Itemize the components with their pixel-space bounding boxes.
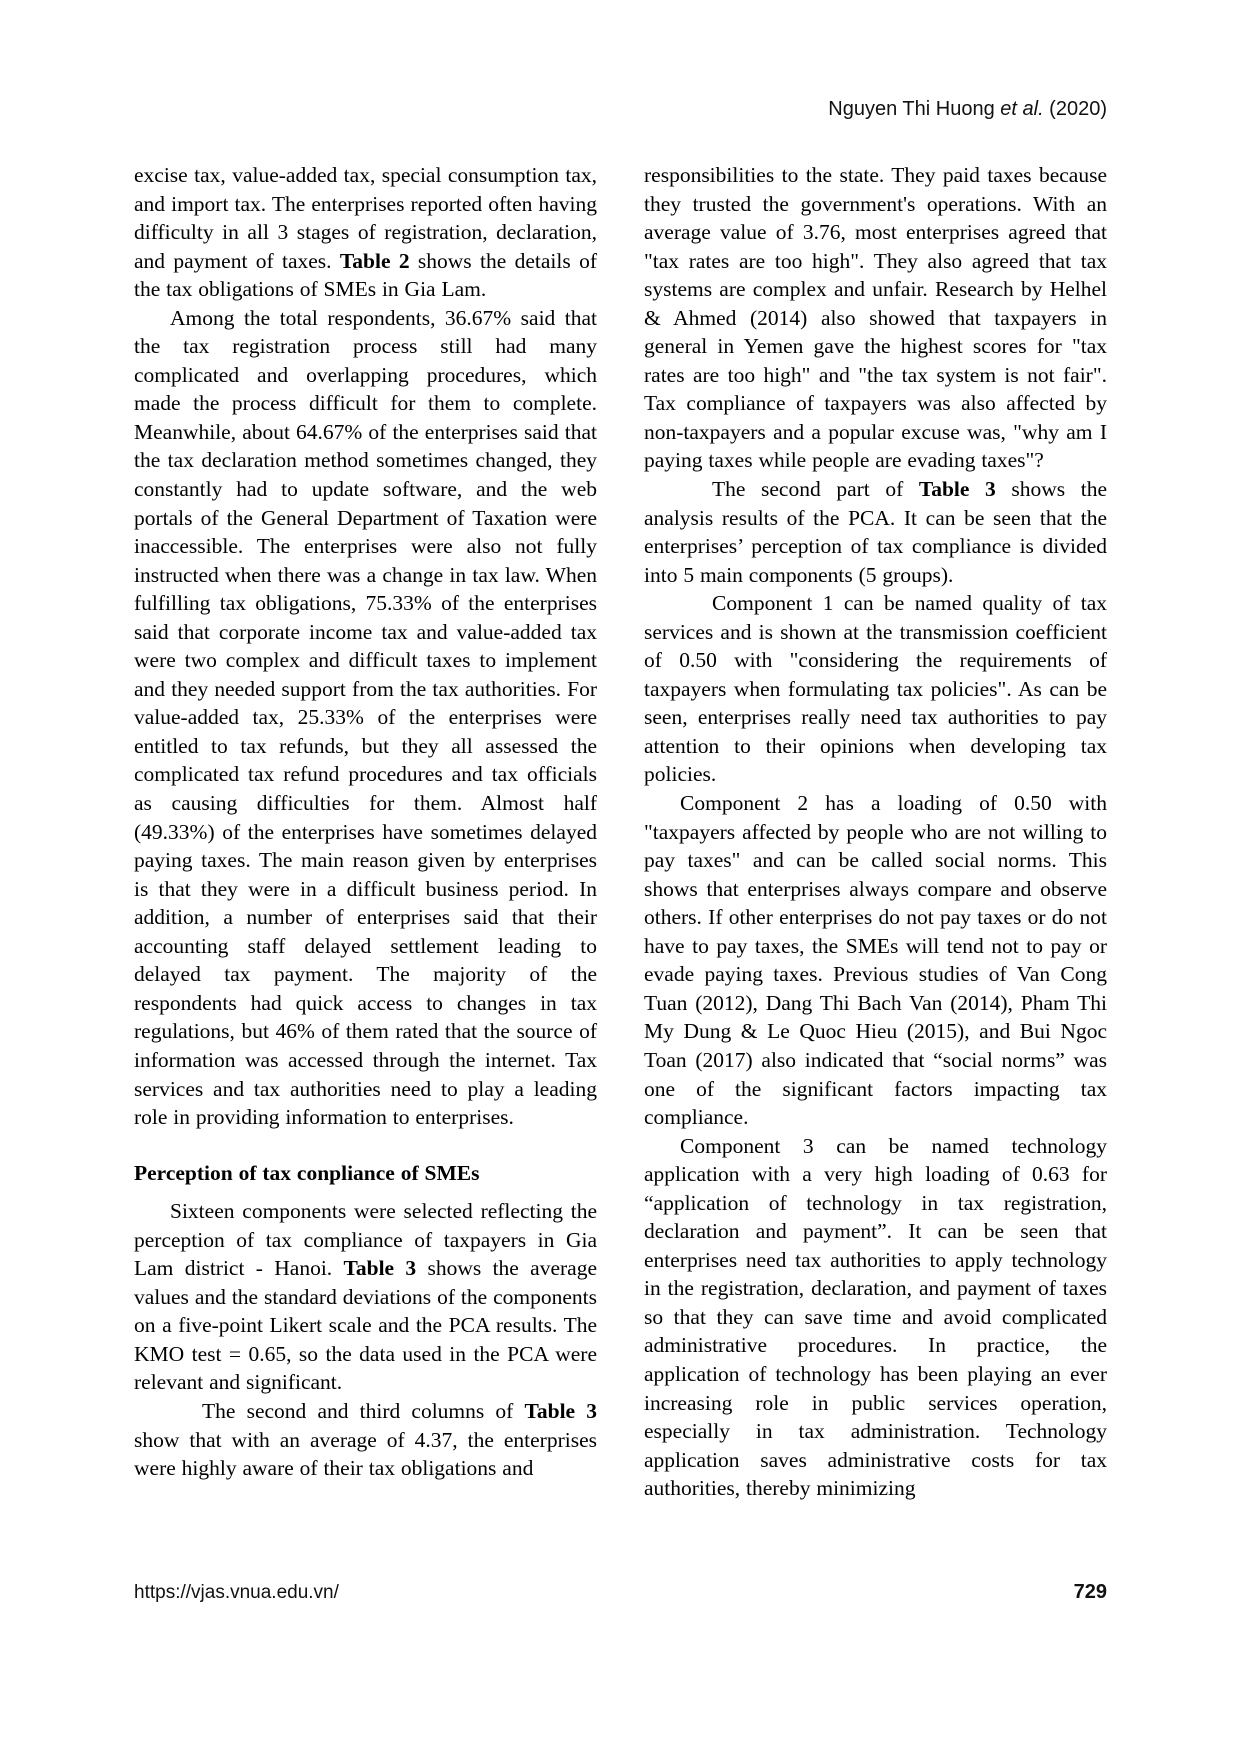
running-head-year: (2020) xyxy=(1044,98,1107,120)
paragraph: Component 2 has a loading of 0.50 with "… xyxy=(644,789,1107,1132)
paragraph: The second and third columns of Table 3 … xyxy=(134,1397,597,1483)
paragraph: Component 3 can be named technology appl… xyxy=(644,1132,1107,1503)
page-footer: https://vjas.vnua.edu.vn/ 729 xyxy=(134,1581,1107,1604)
paragraph: Sixteen components were selected reflect… xyxy=(134,1197,597,1397)
section-heading: Perception of tax conpliance of SMEs xyxy=(134,1159,597,1188)
page-number: 729 xyxy=(1074,1581,1107,1604)
running-head: Nguyen Thi Huong et al. (2020) xyxy=(134,97,1107,121)
bold-text: Table 3 xyxy=(525,1399,598,1423)
paragraph: excise tax, value-added tax, special con… xyxy=(134,161,597,304)
right-column: responsibilities to the state. They paid… xyxy=(644,161,1107,1503)
left-column: excise tax, value-added tax, special con… xyxy=(134,161,597,1503)
two-column-text-area: excise tax, value-added tax, special con… xyxy=(134,161,1107,1503)
paragraph: Among the total respondents, 36.67% said… xyxy=(134,304,597,1132)
document-page: Nguyen Thi Huong et al. (2020) excise ta… xyxy=(0,0,1240,1754)
running-head-authors: Nguyen Thi Huong xyxy=(828,98,1000,120)
journal-url[interactable]: https://vjas.vnua.edu.vn/ xyxy=(134,1582,339,1604)
bold-text: Table 3 xyxy=(919,477,996,501)
paragraph: The second part of Table 3 shows the ana… xyxy=(644,475,1107,589)
running-head-etal: et al. xyxy=(1000,98,1043,120)
bold-text: Table 3 xyxy=(344,1256,417,1280)
paragraph: Component 1 can be named quality of tax … xyxy=(644,589,1107,789)
paragraph: responsibilities to the state. They paid… xyxy=(644,161,1107,475)
bold-text: Table 2 xyxy=(340,249,410,273)
